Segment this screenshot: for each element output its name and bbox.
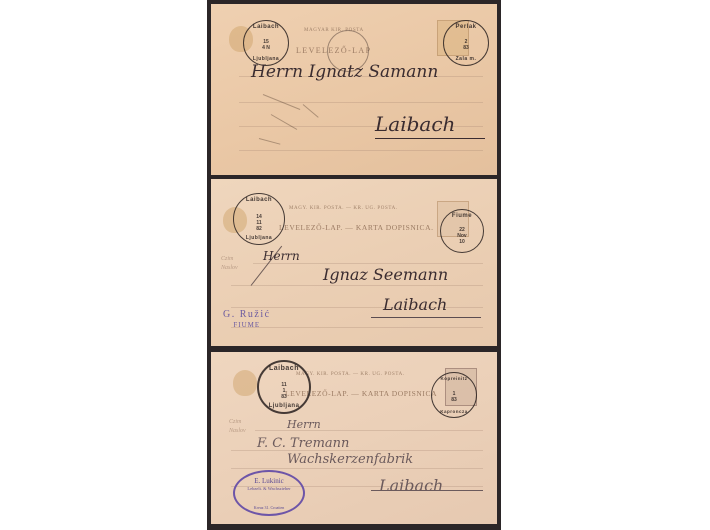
postmark-date: 22 Nov 10 <box>441 227 483 245</box>
card-header-small: Magy. kir. posta. — Kr. ug. posta. <box>296 372 405 377</box>
postmark-date: 11 1 83 <box>259 382 309 400</box>
postmark-date: 1 83 <box>432 391 476 403</box>
handwritten-salutation: Herrn <box>287 418 321 431</box>
coat-of-arms-icon <box>233 370 257 396</box>
ink-smudge <box>259 138 281 145</box>
postcard-3: Magy. kir. posta. — Kr. ug. posta. Level… <box>211 352 497 524</box>
card-header-small: Magy. kir. posta. — Kr. ug. posta. <box>289 206 398 211</box>
postmark-left: Laibach 14 11 82 Ljubljana <box>233 193 285 245</box>
address-rule <box>231 468 483 469</box>
postmark-left: Laibach 15 4 N Ljubljana <box>243 20 289 66</box>
address-rule <box>231 285 483 286</box>
handwritten-address-city: Laibach <box>383 295 447 314</box>
postmark-right: Fiume 22 Nov 10 <box>440 209 484 253</box>
ink-smudge <box>303 104 319 118</box>
postmark-right: Perlak 2 83 Zala m. <box>443 20 489 66</box>
handwritten-address-name: F. C. Tremann <box>257 436 349 451</box>
handwritten-address-name: Ignaz Seemann <box>323 265 448 284</box>
postmark-date: 2 83 <box>444 39 488 51</box>
ink-smudge <box>271 114 297 130</box>
handwritten-address-name: Herrn Ignatz Samann <box>251 62 438 82</box>
handwritten-underline <box>375 138 485 139</box>
handwritten-address-business: Wachskerzenfabrik <box>287 452 413 467</box>
handwritten-address-city: Laibach <box>375 112 455 136</box>
sender-oval-stamp: E. Lukinic Lebzelt. & Wachszieher Kreuz … <box>233 470 305 516</box>
address-rule <box>239 102 483 103</box>
sender-stamp: G. Ružić Fiume <box>223 309 271 329</box>
card-header-big: Levelező-lap. — Karta dopisnica. <box>279 223 434 232</box>
postcard-2: Magy. kir. posta. — Kr. ug. posta. Level… <box>211 179 497 346</box>
handwritten-address-city: Laibach <box>379 476 443 495</box>
postcard-1: Magyar kir. posta Levelező-lap Laibach 1… <box>211 4 497 175</box>
postmark-right: Kopreinitz 1 83 Kaproncza <box>431 372 477 418</box>
address-rule <box>239 150 483 151</box>
handwritten-underline <box>371 317 481 318</box>
postmark-date: 15 4 N <box>244 39 288 51</box>
postmark-date: 14 11 82 <box>234 214 284 232</box>
address-label: CzimNaslov <box>221 255 238 273</box>
address-rule <box>253 263 483 264</box>
address-label: CzimNaslov <box>229 418 246 436</box>
postmark-left: Laibach 11 1 83 Ljubljana <box>257 360 311 414</box>
handwritten-underline <box>371 490 483 491</box>
